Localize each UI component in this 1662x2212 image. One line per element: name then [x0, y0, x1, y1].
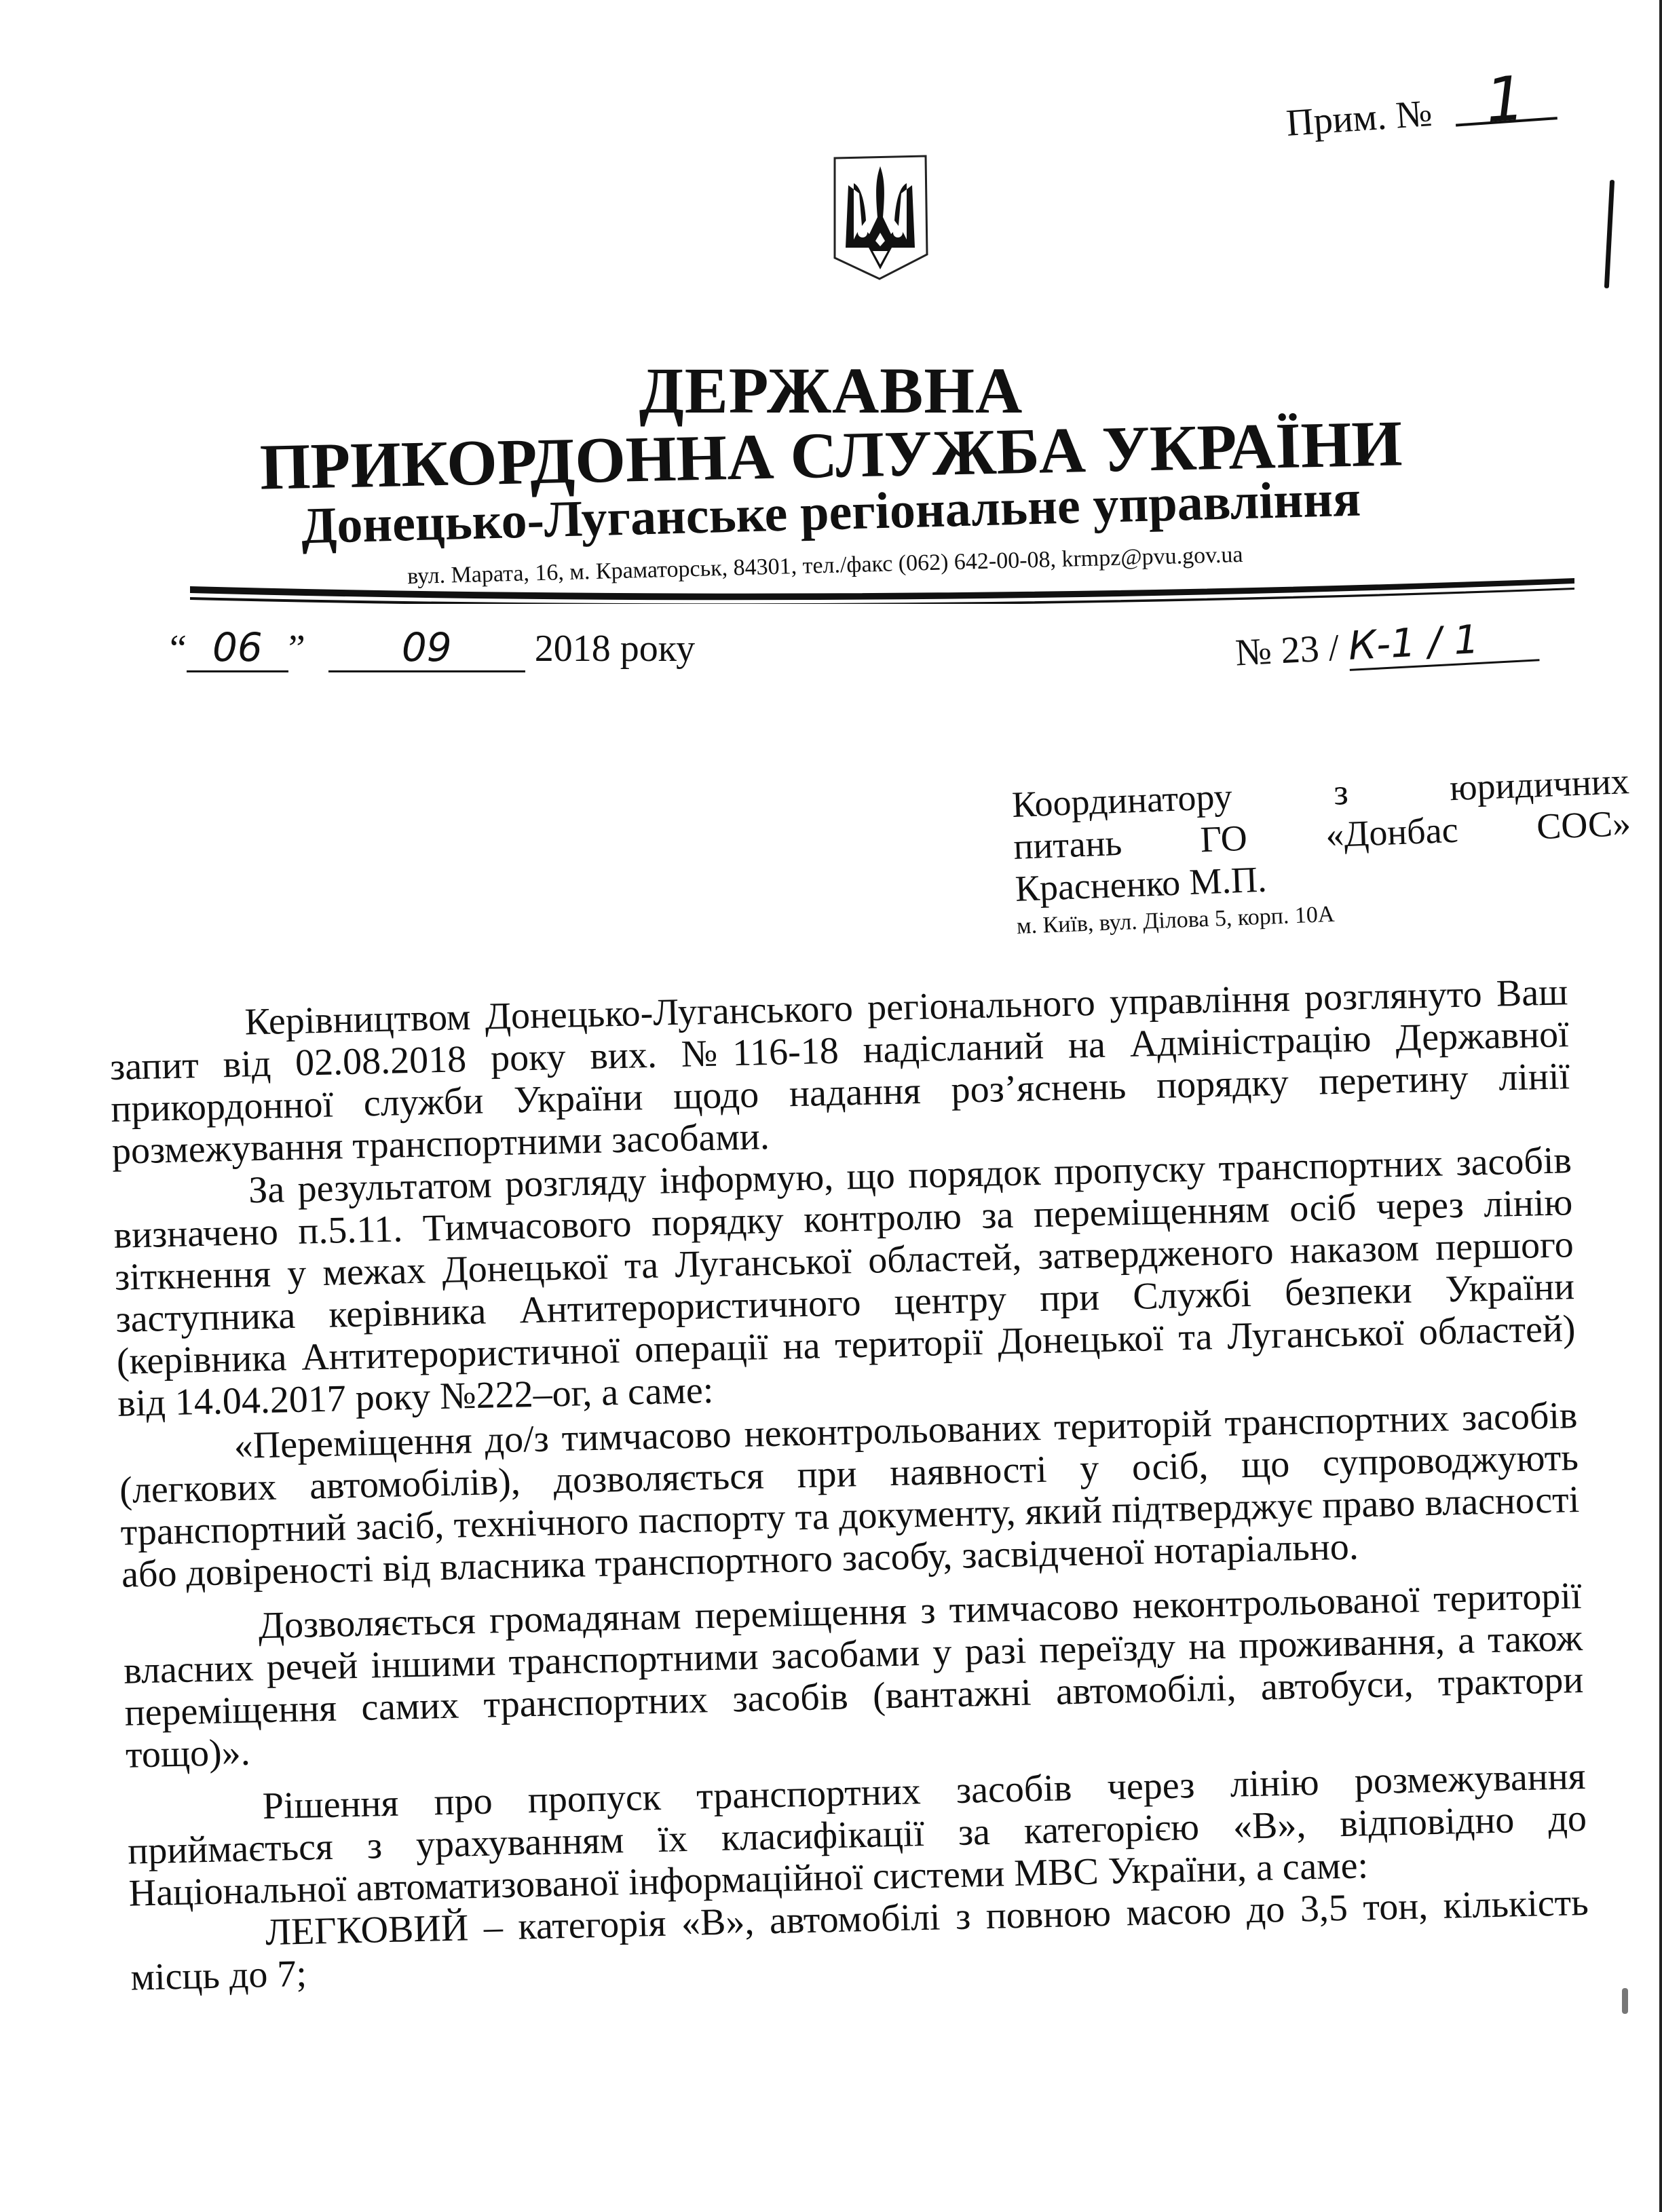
date-month: 09: [328, 624, 525, 672]
scan-artifact-mark: [1622, 1988, 1628, 2014]
scan-edge-line: [1659, 0, 1662, 2212]
body-quote-paragraph: «Переміщення до/з тимчасово неконтрольов…: [118, 1394, 1581, 1596]
handwritten-margin-mark: [1604, 180, 1614, 288]
outgoing-reference-number: № 23 / К-1 / 1: [1234, 613, 1539, 676]
date-close-quote: ”: [288, 628, 305, 670]
attachment-label: Прим. №: [1285, 92, 1433, 145]
letter-body: Керівництвом Донецько-Луганського регіон…: [109, 971, 1590, 1998]
date-year: 2018 року: [535, 628, 695, 670]
reference-prefix: № 23 /: [1234, 627, 1340, 674]
trident-coat-of-arms-icon: [832, 153, 928, 283]
handwritten-attachment-number: 1: [1453, 76, 1557, 126]
date-open-quote: “: [170, 628, 187, 670]
attachment-number-stamp: Прим. № 1: [1284, 76, 1557, 145]
body-quote-paragraph: Дозволяється громадянам переміщення з ти…: [122, 1575, 1585, 1776]
handwritten-reference-suffix: К-1 / 1: [1347, 613, 1539, 671]
body-paragraph: За результатом розгляду інформую, що пор…: [113, 1139, 1577, 1425]
body-paragraph: Керівництвом Донецько-Луганського регіон…: [109, 971, 1571, 1172]
letter-page: Прим. № 1 ДЕРЖАВНА ПРИКОРДОННА СЛУЖБА УК…: [0, 0, 1662, 2212]
letter-date: “06” 09 2018 року: [170, 624, 695, 672]
date-day: 06: [187, 624, 288, 672]
letterhead-double-rule: [190, 577, 1574, 604]
recipient-block: Координатору з юридичних питань ГО «Донб…: [1011, 760, 1634, 944]
